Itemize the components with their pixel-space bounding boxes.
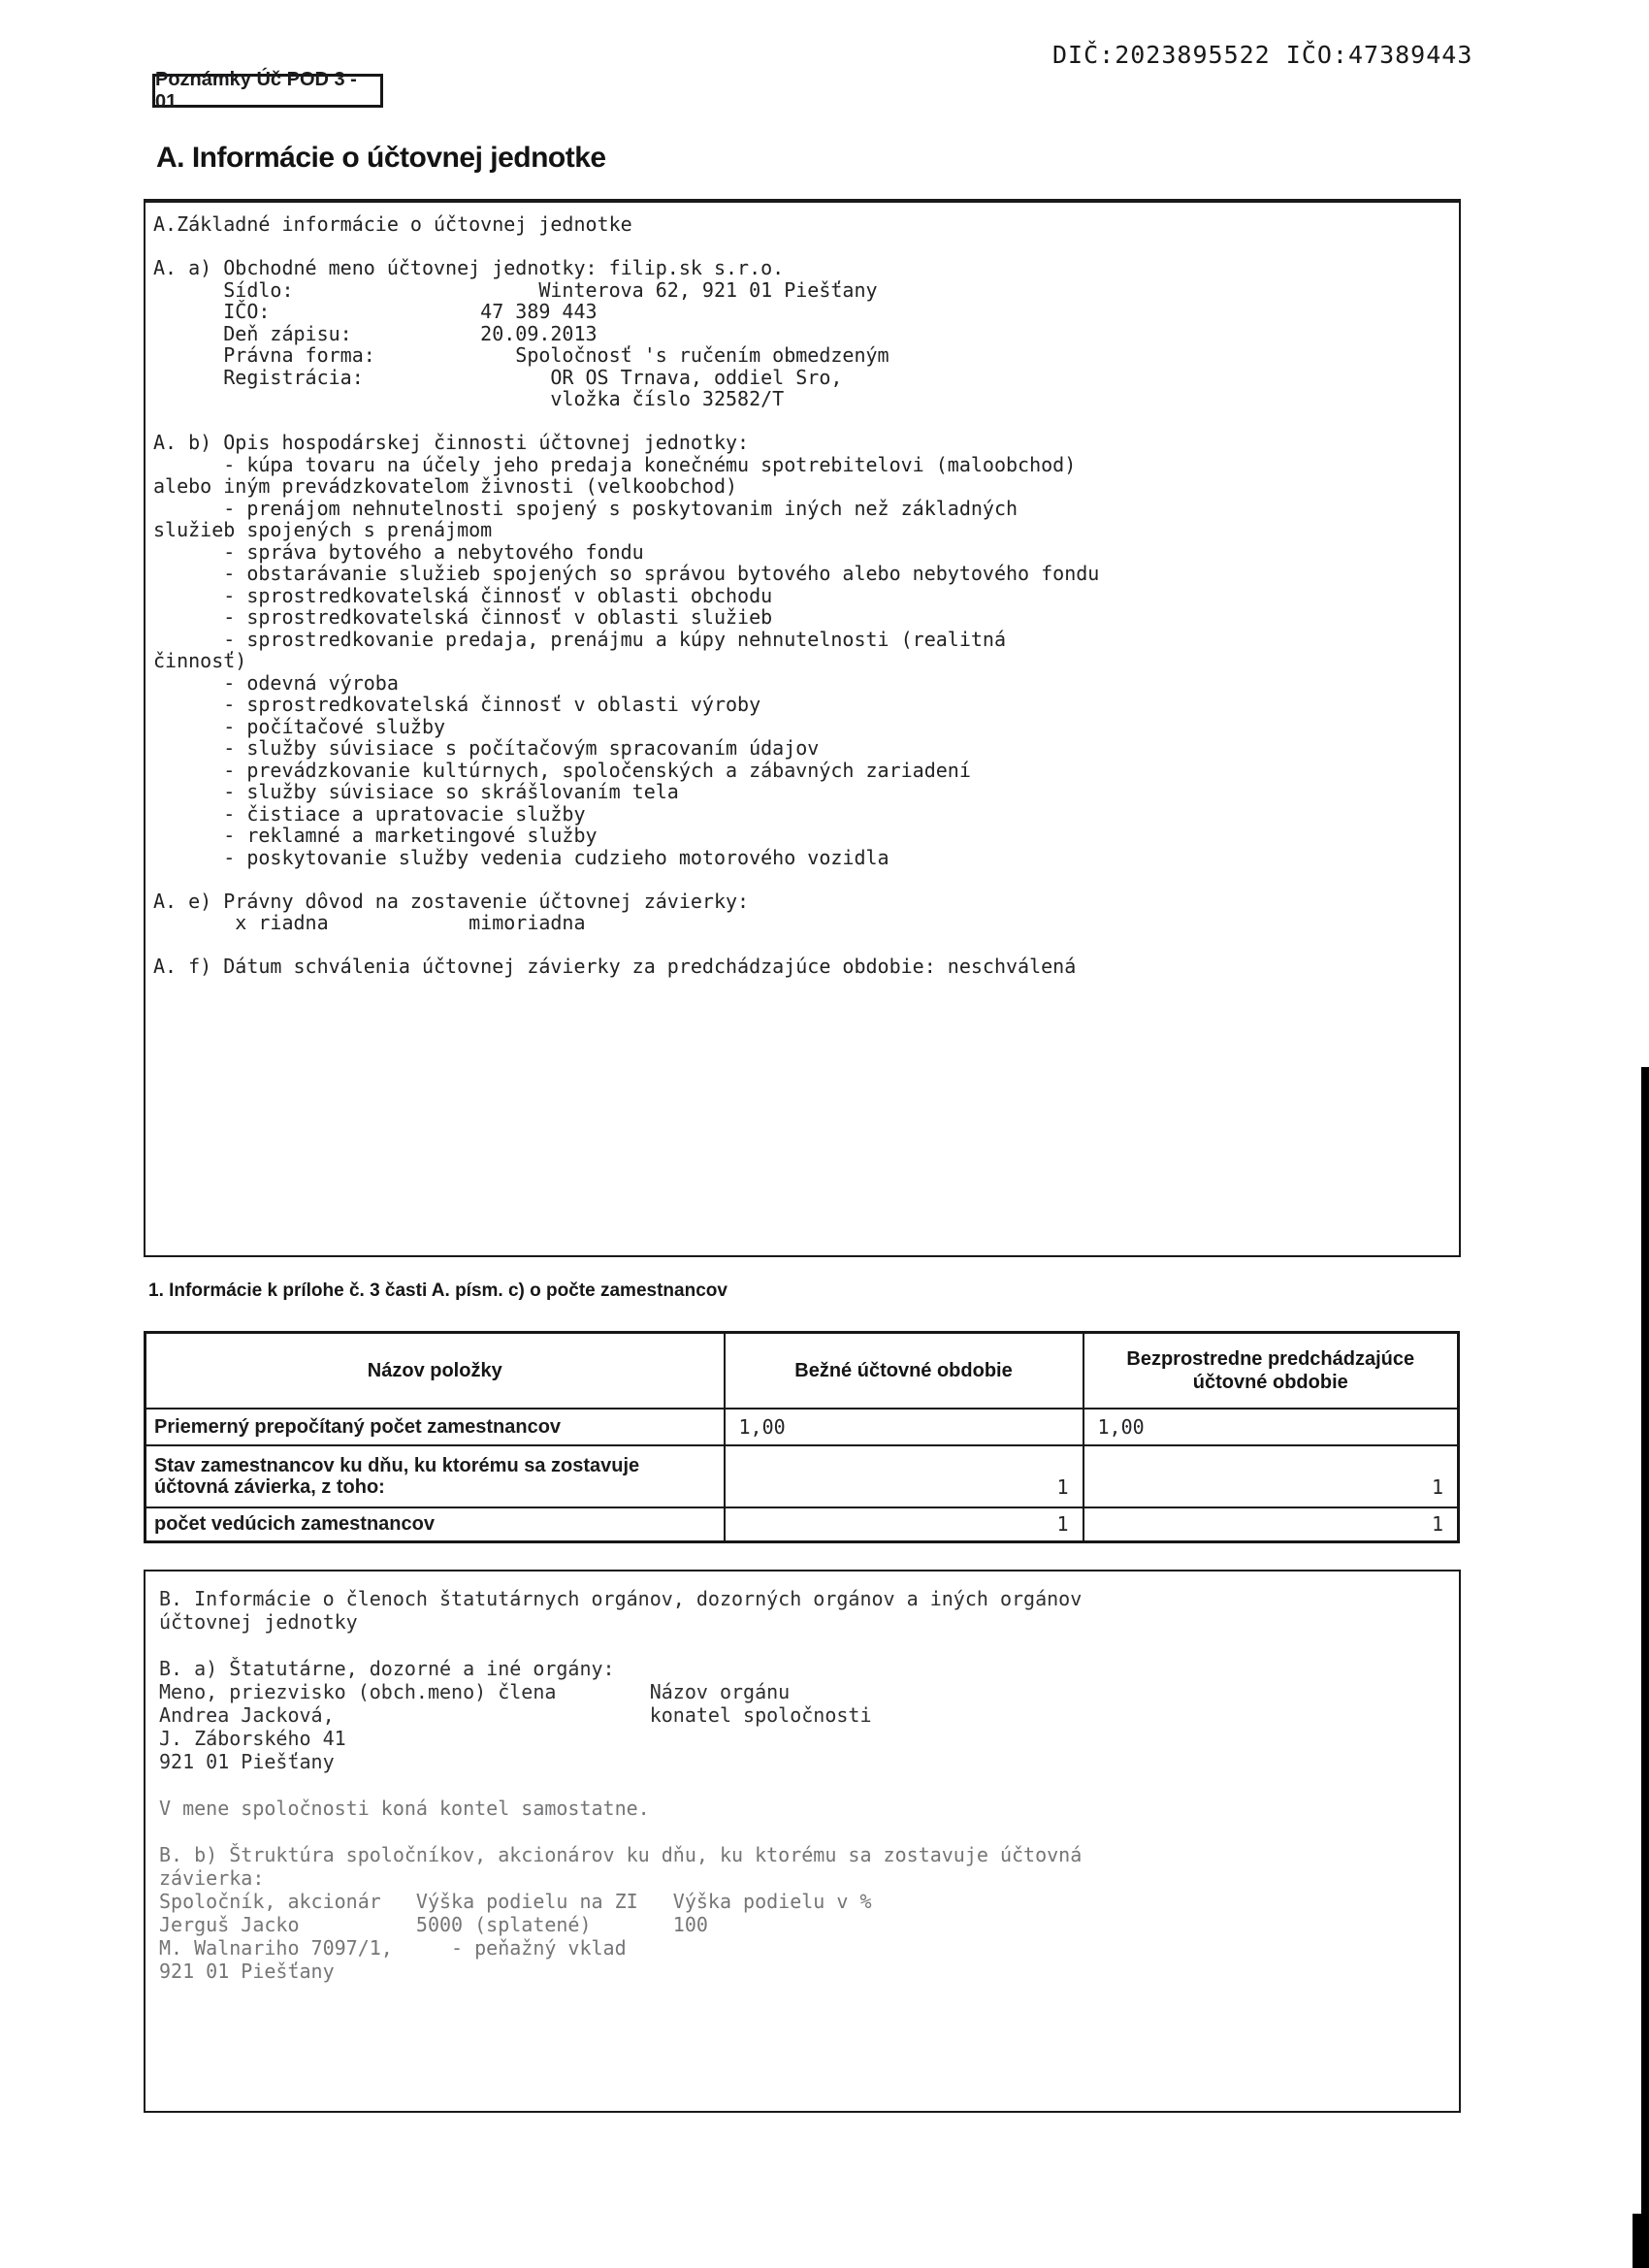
section-b-text: B. Informácie o členoch štatutárnych org… [145,1571,1459,1773]
table-row-average-employees: Priemerný prepočítaný počet zamestnancov… [145,1409,1459,1445]
scanned-document-page: { "ink": "#1c1c1e", "header": { "form_co… [0,0,1649,2268]
section-a-box: A.Základné informácie o účtovnej jednotk… [144,199,1461,1257]
employees-table: Názov položky Bežné účtovné obdobie Bezp… [144,1331,1460,1543]
section-b-box: B. Informácie o členoch štatutárnych org… [144,1570,1461,2113]
column-header-previous-period: Bezprostredne predchádzajúce účtovné obd… [1083,1333,1459,1409]
table-row-employees-at-date: Stav zamestnancov ku dňu, ku ktorému sa … [145,1445,1459,1507]
column-header-current-period: Bežné účtovné obdobie [725,1333,1083,1409]
form-code-box: Poznámky Úč POD 3 - 01 [152,74,383,108]
employees-table-heading: 1. Informácie k prílohe č. 3 časti A. pí… [148,1280,727,1302]
section-a-text: A.Základné informácie o účtovnej jednotk… [145,203,1459,978]
scan-artifact-right-bar [1641,1067,1649,2268]
section-b-text-faded: V mene spoločnosti koná kontel samostatn… [145,1797,1459,1983]
row-label: Stav zamestnancov ku dňu, ku ktorému sa … [145,1445,725,1507]
tax-id-line: DIČ:2023895522 IČO:47389443 [1052,41,1472,69]
row-current-value: 1 [725,1507,1083,1542]
column-header-item-name: Názov položky [145,1333,725,1409]
row-current-value: 1 [725,1445,1083,1507]
row-label: počet vedúcich zamestnancov [145,1507,725,1542]
page-title: A. Informácie o účtovnej jednotke [156,142,606,175]
row-previous-value: 1,00 [1083,1409,1459,1445]
row-previous-value: 1 [1083,1507,1459,1542]
scan-artifact-corner-blob [1633,2214,1649,2268]
row-label: Priemerný prepočítaný počet zamestnancov [145,1409,725,1445]
row-previous-value: 1 [1083,1445,1459,1507]
form-code-label: Poznámky Úč POD 3 - 01 [155,69,380,113]
table-row-managers-count: počet vedúcich zamestnancov 1 1 [145,1507,1459,1542]
row-current-value: 1,00 [725,1409,1083,1445]
employees-table-header-row: Názov položky Bežné účtovné obdobie Bezp… [145,1333,1459,1409]
